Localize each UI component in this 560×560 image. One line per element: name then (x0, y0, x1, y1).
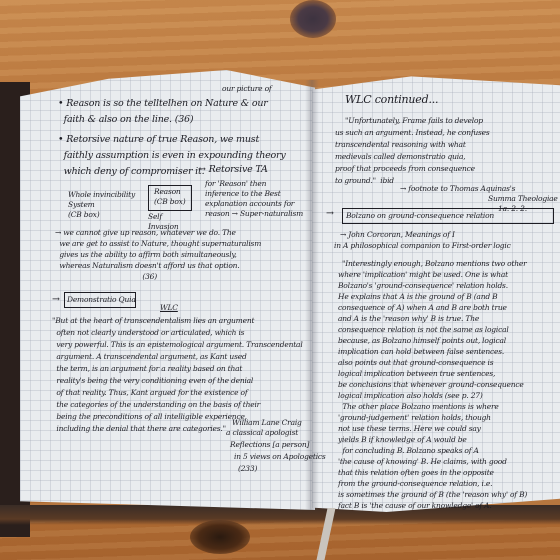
sub-heading: WLC (160, 303, 178, 313)
quote-line: fact B is 'the cause of our knowledge' o… (338, 501, 492, 511)
quote-line: reality's being the very conditioning ev… (52, 376, 253, 386)
note-line: faith & also on the line. (36) (58, 112, 193, 128)
quote-line: "But at the heart of transcendentalism l… (52, 316, 254, 326)
quote-line: yields B if knowledge of A would be (338, 435, 467, 445)
note-line: which deny of compromiser it. (58, 164, 204, 180)
quote-line: argument. A transcendental argument, as … (52, 352, 247, 362)
page-heading: WLC continued... (345, 92, 438, 108)
quote-line: of that reality. Thus, Kant argued for t… (52, 388, 247, 398)
quote-line: consequence of A) when A and B are both … (338, 303, 507, 313)
note-line: gives us the ability to affirm both simu… (55, 250, 237, 260)
quote-line: from the ground-consequence relation, i.… (338, 479, 492, 489)
quote-line: to ground." ibid (335, 176, 394, 186)
quote-line: "Unfortunately, Frame fails to develop (345, 116, 483, 126)
quote-line: consequence relation is not the same as … (338, 325, 509, 335)
quote-line: including the denial that there are cate… (52, 424, 226, 434)
quote-line: The other place Bolzano mentions is wher… (338, 402, 499, 412)
note-line: (36) (55, 272, 157, 282)
quote-line: often not clearly understood or articula… (52, 328, 244, 338)
footnote-line: Summa Theologiae (488, 194, 558, 204)
quote-line: 'the cause of knowing' B. He claims, wit… (338, 457, 507, 467)
quote-line: implication can hold between false sente… (338, 347, 504, 357)
diagram-right-line: reason → Super-naturalism (205, 209, 303, 219)
quote-line: "Interestingly enough, Bolzano mentions … (342, 259, 527, 269)
note-line: → we cannot give up reason, whatever we … (55, 228, 236, 238)
quote-line: He explains that A is the ground of B (a… (338, 292, 497, 302)
quote-line: logical implication between true sentenc… (338, 369, 495, 379)
quote-line: is sometimes the ground of B (the 'reaso… (338, 490, 527, 500)
quote-line: the categories of the understanding on t… (52, 400, 260, 410)
quote-line: transcendental reasoning with what (335, 140, 466, 150)
diagram-left-label: Whole invincibility System (CB box) (68, 190, 135, 220)
diagram-right-line: for 'Reason' then (205, 179, 266, 189)
citation-page: (233) (238, 464, 257, 474)
note-line: • Reason is so the telltelhen on Nature … (58, 96, 268, 112)
quote-line: for concluding B. Bolzano speaks of A (338, 446, 479, 456)
citation-line: William Lane Craig (232, 418, 302, 428)
diagram-right-line: explanation accounts for (205, 199, 294, 209)
quote-line: the term, is an argument for a reality b… (52, 364, 242, 374)
quote-line: very powerful. This is an epistemologica… (52, 340, 303, 350)
wood-knot (190, 520, 250, 554)
diagram-right-heading: → Retorsive TA (198, 162, 268, 178)
arrow: → (326, 206, 334, 222)
margin-note: our picture of (222, 84, 271, 94)
quote-line: be conclusions that whenever ground-cons… (338, 380, 524, 390)
sub-note-line: in A philosophical companion to First-or… (334, 241, 511, 251)
wood-knot (290, 0, 336, 38)
quote-line: where 'implication' might be used. One i… (338, 270, 508, 280)
quote-line: 'ground-judgement' relation holds, thoug… (338, 413, 491, 423)
diagram-box-label: Reason (CB box) (154, 187, 185, 207)
quote-line: not use these terms. Here we could say (338, 424, 481, 434)
citation-line: Reflections [a person] (230, 440, 309, 450)
quote-line: us such an argument. Instead, he confuse… (335, 128, 490, 138)
quote-line: that this relation often goes in the opp… (338, 468, 494, 478)
quote-line: also points out that ground-consequence … (338, 358, 493, 368)
citation-line: a classical apologist (226, 428, 298, 438)
note-line: we are get to assist to Nature, thought … (55, 239, 261, 249)
quote-line: logical implication also holds (see p. 2… (338, 391, 483, 401)
quote-line: proof that proceeds from consequence (335, 164, 475, 174)
quote-line: being the preconditions of all intelligi… (52, 412, 247, 422)
citation-line: in 5 views on Apologetics (234, 452, 326, 462)
boxed-heading: Demonstratio Quia (67, 295, 136, 305)
quote-line: and A is the 'reason why' B is true. The (338, 314, 479, 324)
quote-line: because, as Bolzano himself points out, … (338, 336, 506, 346)
note-line: • Retorsive nature of true Reason, we mu… (58, 132, 259, 148)
quote-line: medievals called demonstratio quia, (335, 152, 465, 162)
arrow: → (52, 292, 60, 308)
sub-note-line: → John Corcoran, Meanings of I (340, 230, 455, 240)
boxed-heading: Bolzano on ground-consequence relation (346, 211, 494, 221)
footnote-line: → footnote to Thomas Aquinas's (400, 184, 515, 194)
quote-line: Bolzano's 'ground-consequence' relation … (338, 281, 508, 291)
note-line: whereas Naturalism doesn't afford us tha… (55, 261, 240, 271)
diagram-right-line: inference to the Best (205, 189, 281, 199)
